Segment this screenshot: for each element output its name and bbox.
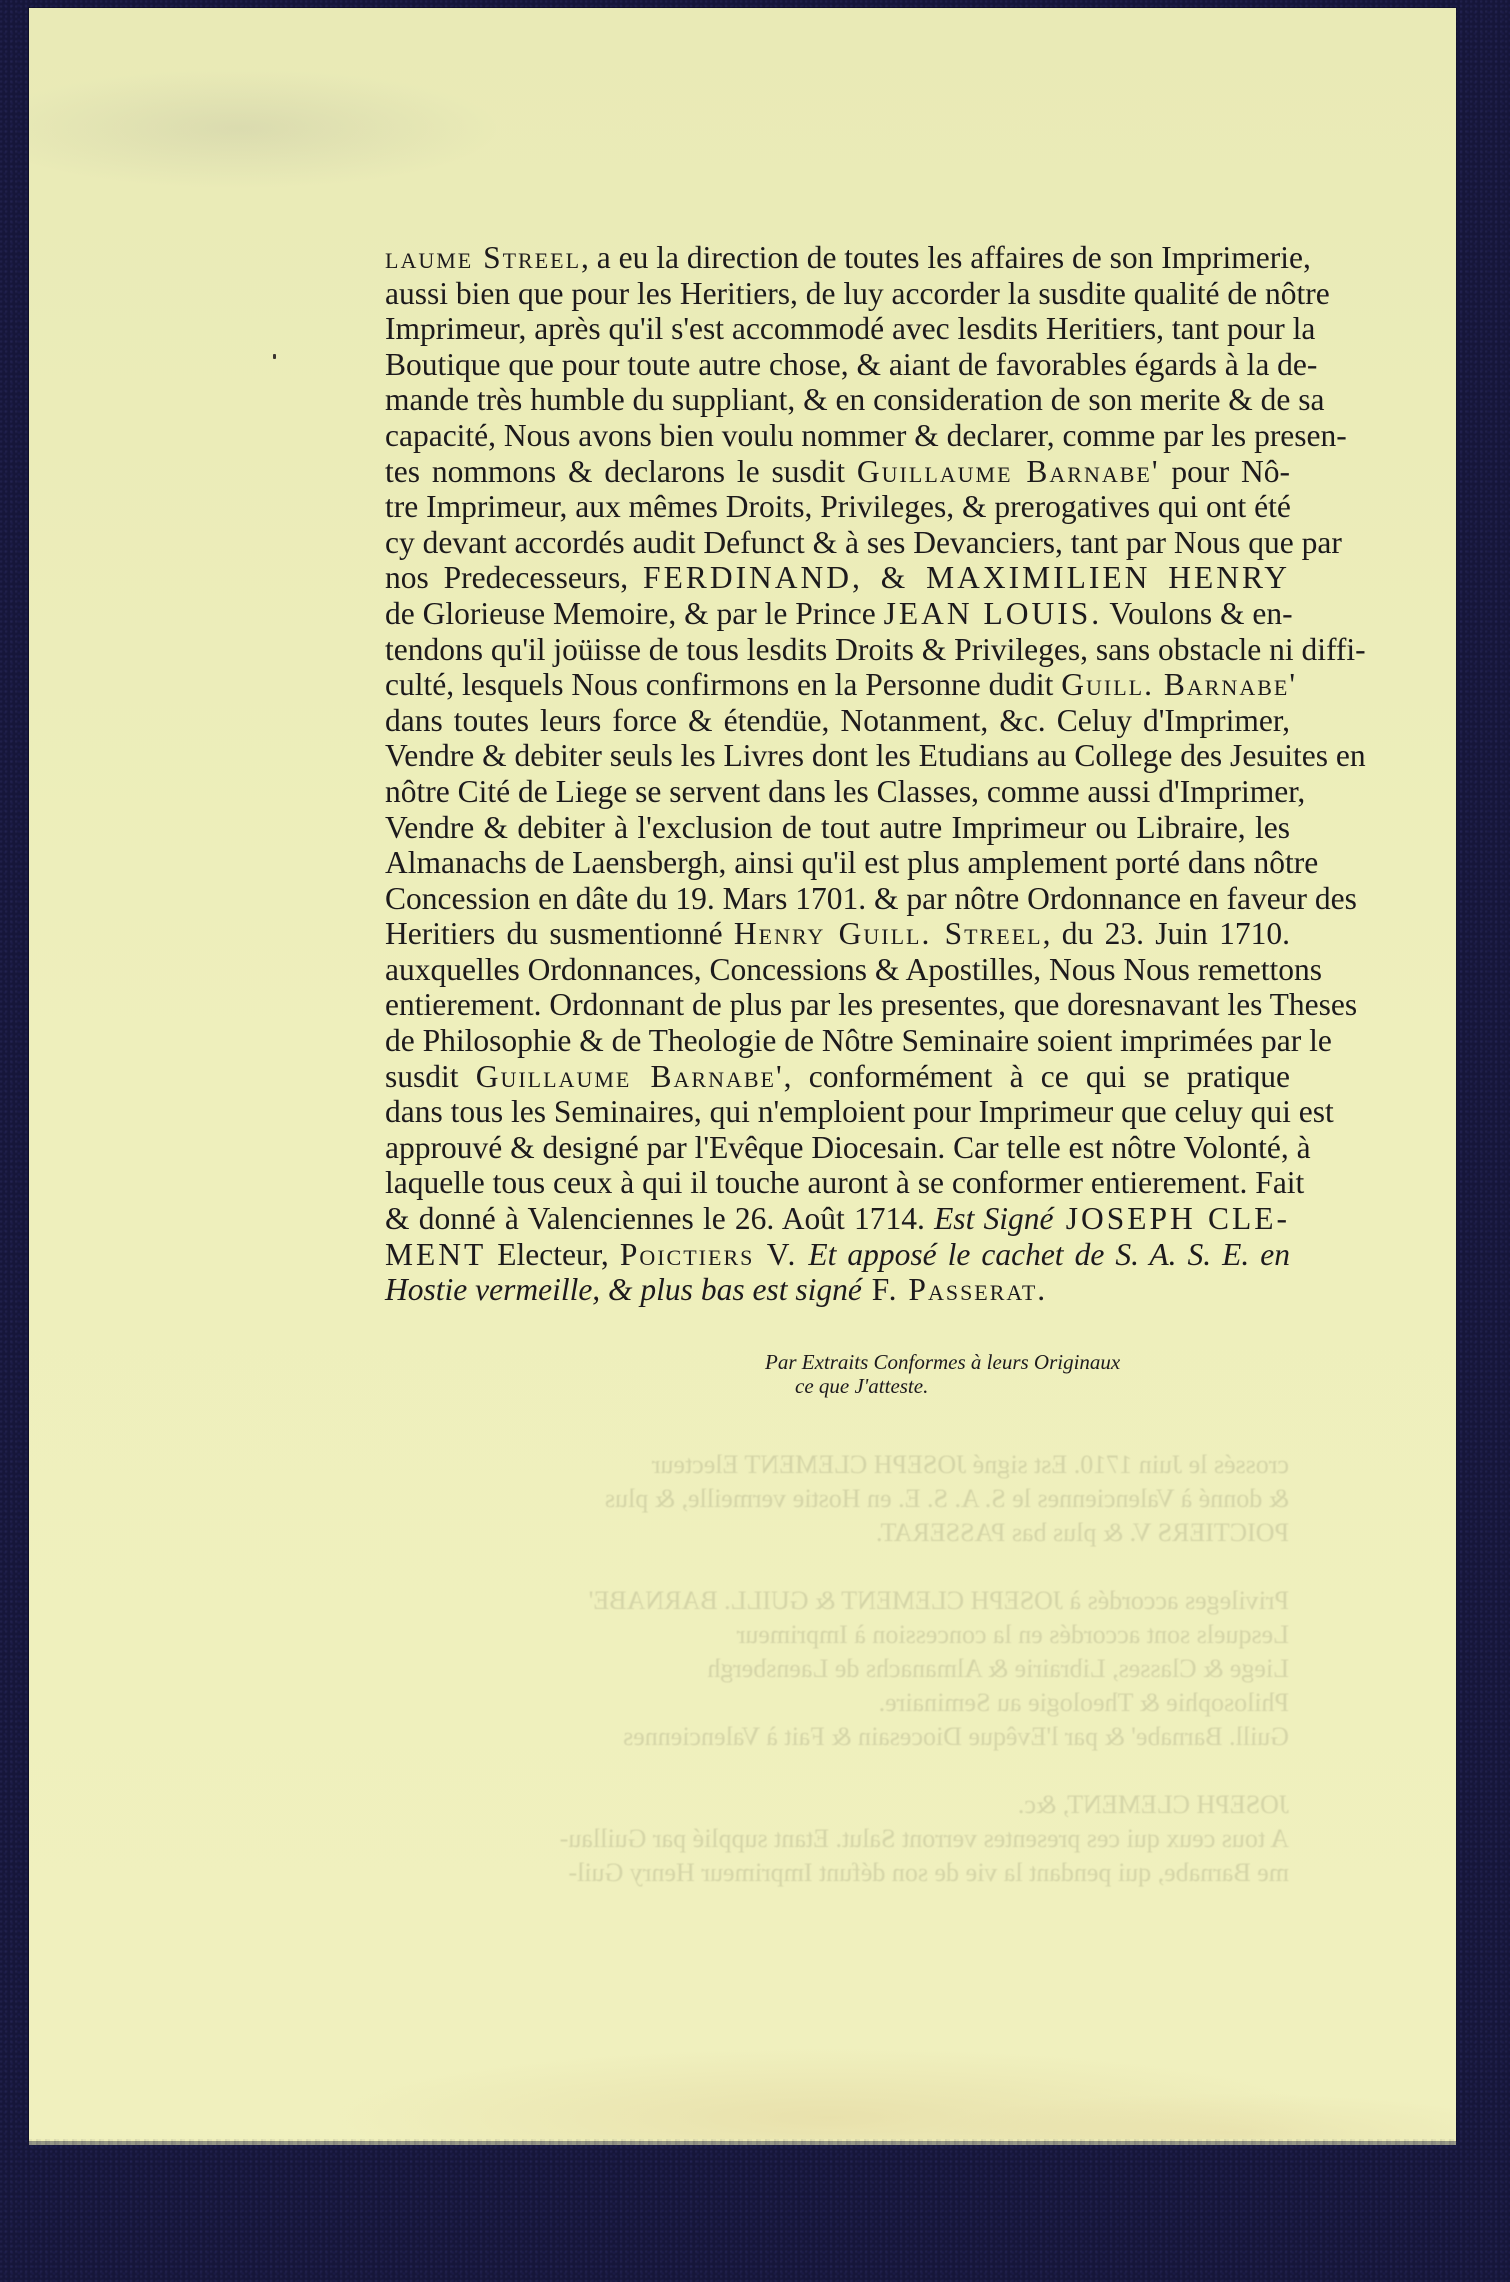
- attestation-line-2: ce que J'atteste.: [765, 1374, 1120, 1398]
- text-line: entierement. Ordonnant de plus par les p…: [385, 987, 1290, 1023]
- bleed-line: crossés le Juin 1710. Est signé JOSEPH C…: [389, 1448, 1289, 1482]
- text-line: de Glorieuse Memoire, & par le Prince JE…: [385, 596, 1290, 632]
- text-line: de Philosophie & de Theologie de Nôtre S…: [385, 1023, 1290, 1059]
- italic-text: Et apposé le cachet de S. A. S. E. en: [797, 1237, 1290, 1272]
- proper-name: MENT: [385, 1237, 486, 1272]
- text-line: capacité, Nous avons bien voulu nommer &…: [385, 418, 1290, 454]
- text-run: mande très humble du suppliant, & en con…: [385, 382, 1325, 417]
- text-run: culté, lesquels Nous confirmons en la Pe…: [385, 667, 1061, 702]
- bleed-line: POICTIERS V. & plus bas PASSERAT.: [389, 1516, 1289, 1550]
- proper-name: Guill. Barnabe': [1061, 667, 1297, 702]
- proper-name: Guillaume Barnabe': [857, 454, 1160, 489]
- text-line: nos Predecesseurs, FERDINAND, & MAXIMILI…: [385, 560, 1290, 596]
- text-run: tendons qu'il joüisse de tous lesdits Dr…: [385, 632, 1366, 667]
- bleed-line: [389, 1754, 1289, 1788]
- text-run: auxquelles Ordonnances, Concessions & Ap…: [385, 952, 1322, 987]
- text-line: approuvé & designé par l'Evêque Diocesai…: [385, 1130, 1290, 1166]
- text-run: entierement. Ordonnant de plus par les p…: [385, 987, 1357, 1022]
- text-run: Heritiers du susmentionné: [385, 916, 734, 951]
- text-line: Hostie vermeille, & plus bas est signé F…: [385, 1272, 1290, 1308]
- text-run: Boutique que pour toute autre chose, & a…: [385, 347, 1317, 382]
- text-line: Concession en dâte du 19. Mars 1701. & p…: [385, 881, 1290, 917]
- text-run: , conformément à ce qui se pratique: [784, 1059, 1290, 1094]
- text-run: pour Nô-: [1160, 454, 1290, 489]
- text-line: dans tous les Seminaires, qui n'emploien…: [385, 1094, 1290, 1130]
- proper-name: Henry Guill. Streel: [734, 916, 1043, 951]
- bleed-line: Philosophie & Theologie au Seminaire.: [389, 1686, 1289, 1720]
- text-run: nos Predecesseurs,: [385, 560, 643, 595]
- text-line: culté, lesquels Nous confirmons en la Pe…: [385, 667, 1290, 703]
- text-run: , du 23. Juin 1710.: [1043, 916, 1290, 951]
- proper-name: Poictiers V.: [620, 1237, 798, 1272]
- text-line: & donné à Valenciennes le 26. Août 1714.…: [385, 1201, 1290, 1237]
- bleed-through-text: crossés le Juin 1710. Est signé JOSEPH C…: [389, 1448, 1289, 1890]
- text-line: mande très humble du suppliant, & en con…: [385, 382, 1290, 418]
- text-run: Vendre & debiter à l'exclusion de tout a…: [385, 810, 1290, 845]
- text-run: Concession en dâte du 19. Mars 1701. & p…: [385, 881, 1357, 916]
- bleed-line: Lesquels sont accordés en la concession …: [389, 1618, 1289, 1652]
- text-line: laquelle tous ceux à qui il touche auron…: [385, 1165, 1290, 1201]
- bleed-line: Privileges accordés à JOSEPH CLEMENT & G…: [389, 1584, 1289, 1618]
- text-line: Heritiers du susmentionné Henry Guill. S…: [385, 916, 1290, 952]
- ordinance-body-text: laume Streel, a eu la direction de toute…: [385, 240, 1290, 1308]
- text-run: Almanachs de Laensbergh, ainsi qu'il est…: [385, 845, 1318, 880]
- text-line: tre Imprimeur, aux mêmes Droits, Privile…: [385, 489, 1290, 525]
- bleed-line: me Barnabe, qui pendant la vie de son dé…: [389, 1856, 1289, 1890]
- text-line: tendons qu'il joüisse de tous lesdits Dr…: [385, 632, 1290, 668]
- proper-name: Guillaume Barnabe': [476, 1059, 784, 1094]
- text-run: dans toutes leurs force & étendüe, Notan…: [385, 703, 1290, 738]
- text-line: dans toutes leurs force & étendüe, Notan…: [385, 703, 1290, 739]
- proper-name: JOSEPH CLE-: [1054, 1201, 1290, 1236]
- text-line: tes nommons & declarons le susdit Guilla…: [385, 454, 1290, 490]
- text-run: , a eu la direction de toutes les affair…: [581, 240, 1311, 275]
- text-run: Vendre & debiter seuls les Livres dont l…: [385, 738, 1366, 773]
- document-page: crossés le Juin 1710. Est signé JOSEPH C…: [29, 8, 1456, 2141]
- text-run: nôtre Cité de Liege se servent dans les …: [385, 774, 1305, 809]
- text-run: dans tous les Seminaires, qui n'emploien…: [385, 1094, 1334, 1129]
- text-run: tre Imprimeur, aux mêmes Droits, Privile…: [385, 489, 1291, 524]
- text-line: Vendre & debiter à l'exclusion de tout a…: [385, 810, 1290, 846]
- proper-name: F. Passerat.: [862, 1272, 1047, 1307]
- proper-name: JEAN LOUIS.: [884, 596, 1103, 631]
- text-run: de Philosophie & de Theologie de Nôtre S…: [385, 1023, 1332, 1058]
- italic-text: Hostie vermeille, & plus bas est signé: [385, 1272, 862, 1307]
- text-line: Vendre & debiter seuls les Livres dont l…: [385, 738, 1290, 774]
- attestation-line-1: Par Extraits Conformes à leurs Originaux: [765, 1350, 1120, 1374]
- proper-name: FERDINAND, & MAXIMILIEN HENRY: [643, 560, 1290, 595]
- bleed-line: & donné à Valenciennes le S. A. S. E. en…: [389, 1482, 1289, 1516]
- text-line: auxquelles Ordonnances, Concessions & Ap…: [385, 952, 1290, 988]
- text-line: Imprimeur, après qu'il s'est accommodé a…: [385, 311, 1290, 347]
- text-line: Boutique que pour toute autre chose, & a…: [385, 347, 1290, 383]
- bleed-line: [389, 1550, 1289, 1584]
- text-run: capacité, Nous avons bien voulu nommer &…: [385, 418, 1347, 453]
- text-line: cy devant accordés audit Defunct & à ses…: [385, 525, 1290, 561]
- text-run: de Glorieuse Memoire, & par le Prince: [385, 596, 884, 631]
- proper-name: laume Streel: [385, 240, 581, 275]
- text-run: tes nommons & declarons le susdit: [385, 454, 857, 489]
- bleed-line: Guill. Barnabe' & par l'Evêque Diocesain…: [389, 1720, 1289, 1754]
- italic-text: Est Signé: [934, 1201, 1053, 1236]
- text-line: nôtre Cité de Liege se servent dans les …: [385, 774, 1290, 810]
- text-run: cy devant accordés audit Defunct & à ses…: [385, 525, 1342, 560]
- attestation-note: Par Extraits Conformes à leurs Originaux…: [765, 1350, 1120, 1398]
- bleed-line: A tous ceux qui ces presentes verront Sa…: [389, 1822, 1289, 1856]
- text-run: Voulons & en-: [1102, 596, 1292, 631]
- text-line: susdit Guillaume Barnabe', conformément …: [385, 1059, 1290, 1095]
- text-line: aussi bien que pour les Heritiers, de lu…: [385, 276, 1290, 312]
- text-run: & donné à Valenciennes le 26. Août 1714.: [385, 1201, 934, 1236]
- text-run: approuvé & designé par l'Evêque Diocesai…: [385, 1130, 1311, 1165]
- text-run: laquelle tous ceux à qui il touche auron…: [385, 1165, 1304, 1200]
- text-run: Imprimeur, après qu'il s'est accommodé a…: [385, 311, 1315, 346]
- text-run: aussi bien que pour les Heritiers, de lu…: [385, 276, 1330, 311]
- text-line: MENT Electeur, Poictiers V. Et apposé le…: [385, 1237, 1290, 1273]
- text-run: susdit: [385, 1059, 476, 1094]
- text-line: Almanachs de Laensbergh, ainsi qu'il est…: [385, 845, 1290, 881]
- bleed-line: Liege & Classes, Librairie & Almanachs d…: [389, 1652, 1289, 1686]
- text-run: Electeur,: [486, 1237, 620, 1272]
- text-line: laume Streel, a eu la direction de toute…: [385, 240, 1290, 276]
- margin-ink-speck: [273, 354, 276, 359]
- bleed-line: JOSEPH CLEMENT, &c.: [389, 1788, 1289, 1822]
